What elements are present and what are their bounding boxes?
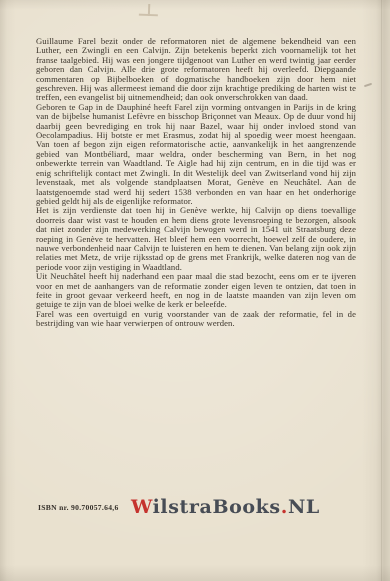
page-edge-shadow: [381, 0, 382, 581]
watermark-dot: .: [281, 496, 288, 518]
pencil-cross-mark: [139, 4, 160, 20]
blurb-paragraph: Farel was een overtuigd en vurig voorsta…: [36, 310, 356, 329]
small-smudge-mark: [364, 83, 372, 87]
watermark-middle-text: ilstraBooks: [153, 496, 281, 518]
blurb-paragraph: Uit Neuchâtel heeft hij naderhand een pa…: [36, 272, 356, 310]
blurb-paragraph: Het is zijn verdienste dat toen hij in G…: [36, 206, 356, 272]
watermark-suffix-nl: NL: [288, 496, 320, 518]
wilstrabooks-watermark: WilstraBooks.NL: [131, 496, 320, 518]
book-back-cover: Guillaume Farel bezit onder de reformato…: [0, 0, 390, 581]
isbn-number: ISBN nr. 90.70057.64,6: [38, 503, 119, 512]
blurb-text: Guillaume Farel bezit onder de reformato…: [36, 37, 356, 329]
pencil-mark-horizontal-stroke: [139, 14, 158, 17]
blurb-paragraph: Guillaume Farel bezit onder de reformato…: [36, 37, 356, 103]
blurb-paragraph: Geboren te Gap in de Dauphiné heeft Fare…: [36, 103, 356, 206]
watermark-initial-w: W: [131, 496, 153, 518]
